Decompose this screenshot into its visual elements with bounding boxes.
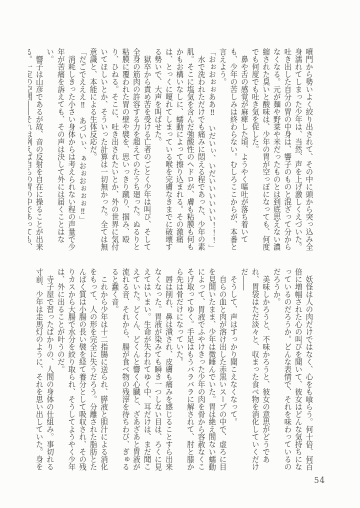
paragraph: 獄卒から責め苦を受ける亡者のごとく少年は叫び、そして全身の筋肉の許容する力を超え… bbox=[87, 48, 152, 256]
paragraph: 噴門から勢いよく絞り出されて、その中に頭から突っ込み全身濡れてしまった少年は、当… bbox=[249, 48, 314, 256]
page-number: 54 bbox=[314, 476, 325, 485]
paragraph: 唇は削れ、鼻は潰され、皮膚も痛みを感じることすら出来なくなった。胃液が染みても瞬… bbox=[109, 268, 174, 473]
text-block-upper: 噴門から勢いよく絞り出されて、その中に頭から突っ込み全身濡れてしまった少年は、当… bbox=[28, 48, 314, 256]
text-block-lower: 妖怪は人の肉だけではなく、心をも喰らう。何十倍、何百倍に増幅された心の叫びを聞い… bbox=[36, 268, 314, 473]
paragraph: 消耗しきった小さい身体からは考えられない程の声量で少年が苦痛を訴えても、その声は… bbox=[44, 48, 76, 256]
paragraph: 響子は山彦であるが故、音の反射を自在に操ることが出来る。一定の空間――それは例え… bbox=[28, 48, 44, 256]
paragraph: 「おぉおぉぉああ‼ いだいぃ、いだいいいいいい！！！」 bbox=[206, 48, 217, 256]
paragraph: そうして、声はすっかり聞こえなくなって。 bbox=[228, 268, 239, 473]
paragraph: 寺子屋で習ったばかりの、人間の身体の仕組み。事切れる寸前、少年は走馬灯のように、… bbox=[36, 268, 55, 473]
paragraph: 美味しかろうと、不味かろうと、彼女の意思がどうであれ、胃袋はただ淡々と、収まった… bbox=[238, 268, 270, 473]
paragraph: 自らの血と肉が溶け出した赤黒いスープの中で、虚ろに目を見開いたまま、少年は微睡ん… bbox=[174, 268, 228, 473]
scanned-page: 噴門から勢いよく絞り出されて、その中に頭から突っ込み全身濡れてしまった少年は、当… bbox=[0, 0, 360, 508]
paragraph: 鼻や舌の感覚が麻痺した頃、ようやく嘔吐が落ち着いても、少年の苦しみは終わらない。… bbox=[217, 48, 249, 256]
paragraph: 水で洗われただけでも痛みに悶える程であった、少年の素肌。そこに塩気を含んだ強酸性… bbox=[152, 48, 206, 256]
paragraph: 「だごでえええ‼ あづいぃ、ぁおぉおぉぉぉ‼」 bbox=[76, 48, 87, 256]
paragraph: これから少年は十二指腸に送られ、膵液と胆汁による消化をもって、人の形を完全に失う… bbox=[55, 268, 109, 473]
paragraph: 妖怪は人の肉だけではなく、心をも喰らう。何十倍、何百倍に増幅された心の叫びを聞い… bbox=[271, 268, 314, 473]
